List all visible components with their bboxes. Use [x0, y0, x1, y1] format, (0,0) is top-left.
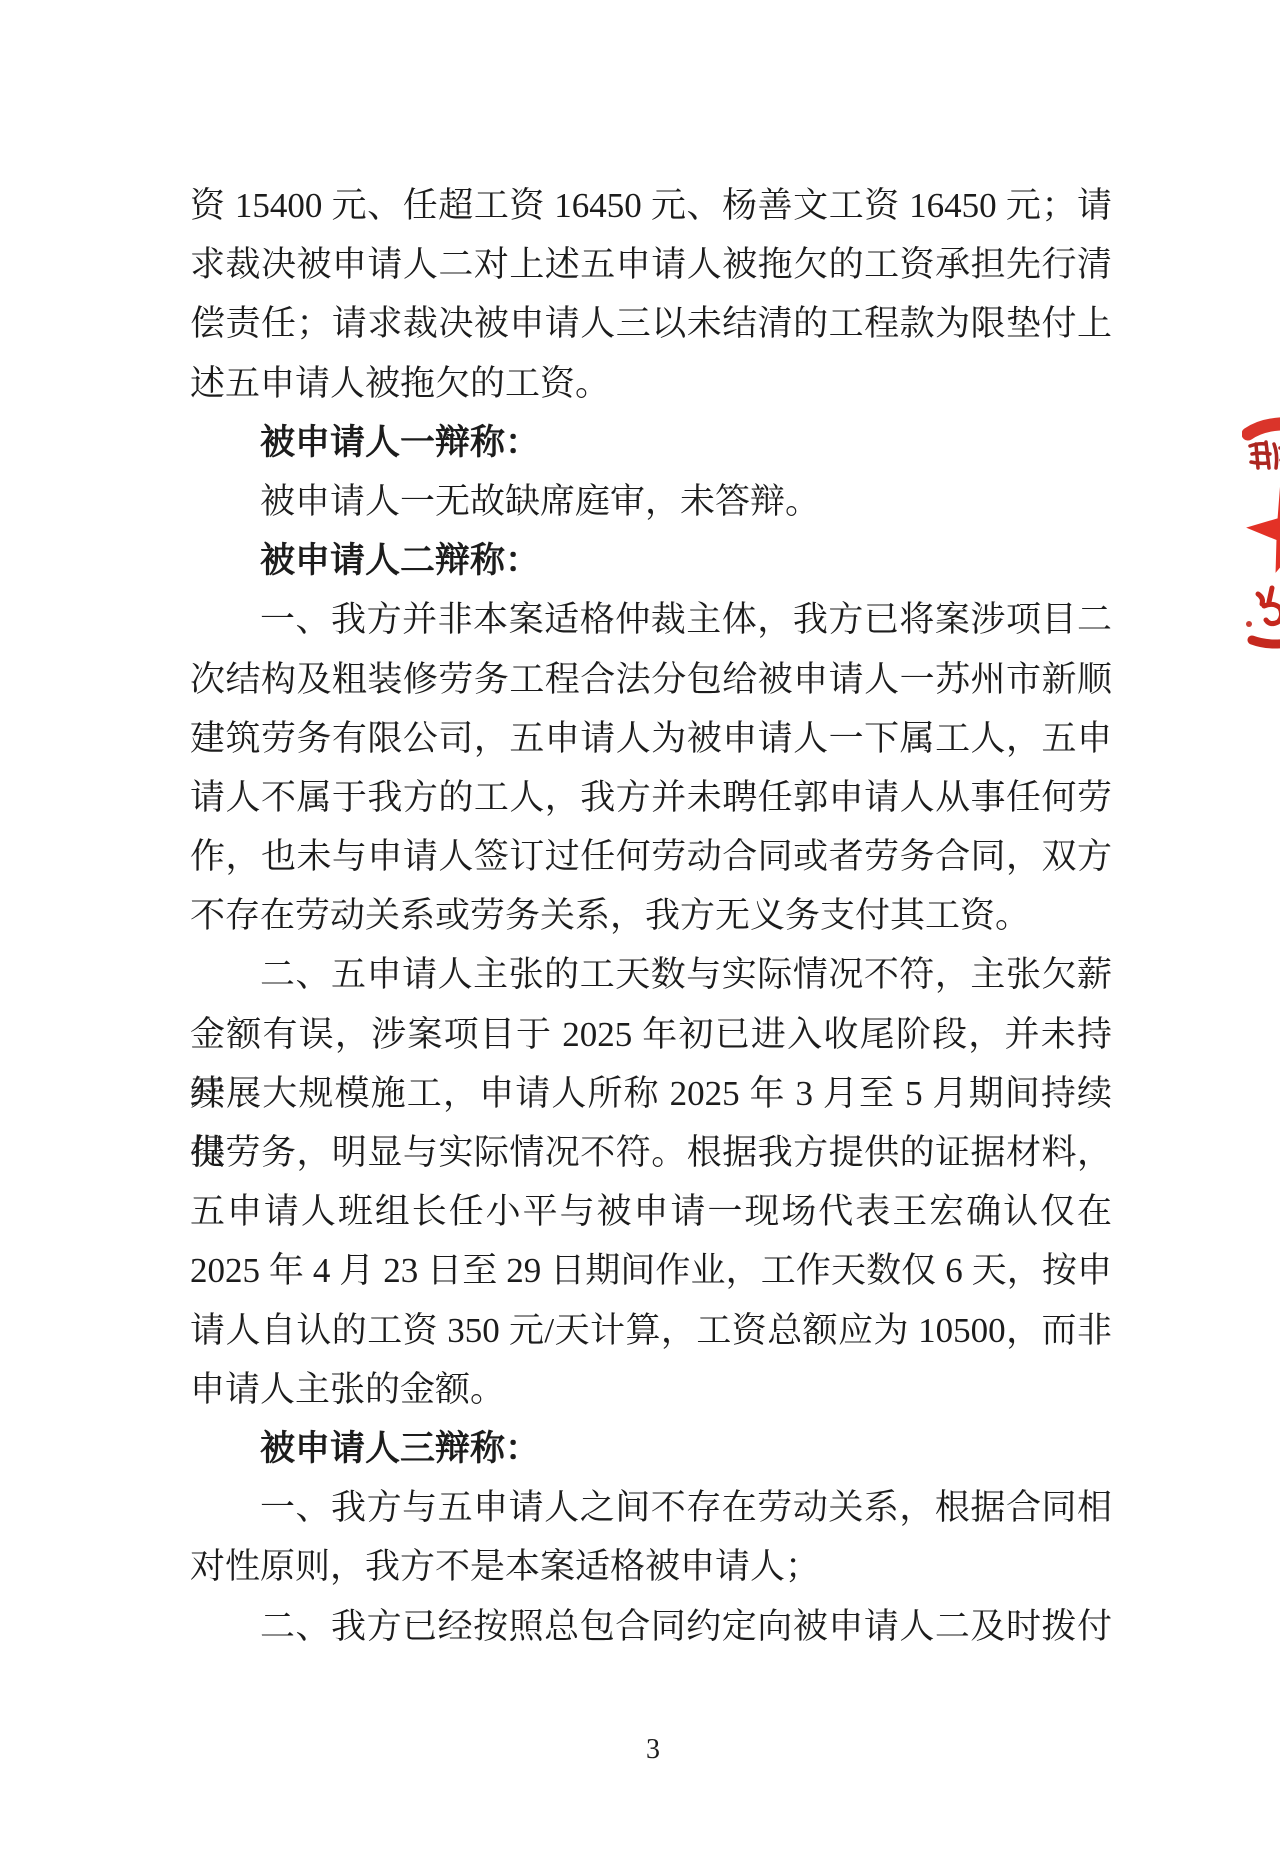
- document-page: 资 15400 元、任超工资 16450 元、杨善文工资 16450 元；请 求…: [0, 0, 1280, 1859]
- text-line: 作，也未与申请人签订过任何劳动合同或者劳务合同，双方: [190, 827, 1112, 886]
- text-line: 2025 年 4 月 23 日至 29 日期间作业，工作天数仅 6 天，按申: [190, 1241, 1112, 1300]
- text-line: 一、我方与五申请人之间不存在劳动关系，根据合同相: [190, 1478, 1112, 1537]
- text-line: 建筑劳务有限公司，五申请人为被申请人一下属工人，五申: [190, 709, 1112, 768]
- text-line: 请人不属于我方的工人，我方并未聘任郭申请人从事任何劳: [190, 768, 1112, 827]
- text-line: 申请人主张的金额。: [190, 1360, 1112, 1419]
- document-body: 资 15400 元、任超工资 16450 元、杨善文工资 16450 元；请 求…: [190, 176, 1112, 1656]
- text-line: 求裁决被申请人二对上述五申请人被拖欠的工资承担先行清: [190, 235, 1112, 294]
- seal-ring-arc: [1248, 424, 1280, 434]
- text-line: 述五申请人被拖欠的工资。: [190, 354, 1112, 413]
- text-line: 资 15400 元、任超工资 16450 元、杨善文工资 16450 元；请: [190, 176, 1112, 235]
- text-line: 供劳务，明显与实际情况不符。根据我方提供的证据材料，: [190, 1123, 1112, 1182]
- text-line: 二、五申请人主张的工天数与实际情况不符，主张欠薪: [190, 945, 1112, 1004]
- text-line: 对性原则，我方不是本案适格被申请人；: [190, 1537, 1112, 1596]
- page-number: 3: [0, 1730, 1280, 1770]
- text-line: 一、我方并非本案适格仲裁主体，我方已将案涉项目二: [190, 590, 1112, 649]
- text-line: 五申请人班组长任小平与被申请一现场代表王宏确认仅在: [190, 1182, 1112, 1241]
- text-line: 不存在劳动关系或劳务关系，我方无义务支付其工资。: [190, 886, 1112, 945]
- seal-text-fragment: [1252, 588, 1280, 644]
- text-line: 次结构及粗装修劳务工程合法分包给被申请人一苏州市新顺: [190, 650, 1112, 709]
- section-heading: 被申请人二辩称：: [190, 531, 1112, 590]
- seal-ink-speck: [1246, 621, 1252, 627]
- section-heading: 被申请人三辩称：: [190, 1419, 1112, 1478]
- section-heading: 被申请人一辩称：: [190, 413, 1112, 472]
- text-line: 请人自认的工资 350 元/天计算，工资总额应为 10500，而非: [190, 1301, 1112, 1360]
- official-seal-fragment: [1242, 414, 1280, 654]
- text-line: 二、我方已经按照总包合同约定向被申请人二及时拨付: [190, 1597, 1112, 1656]
- text-line: 偿责任；请求裁决被申请人三以未结清的工程款为限垫付上: [190, 294, 1112, 353]
- seal-text-fragment: [1250, 440, 1280, 470]
- text-line: 被申请人一无故缺席庭审，未答辩。: [190, 472, 1112, 531]
- text-line: 金额有误，涉案项目于 2025 年初已进入收尾阶段，并未持续: [190, 1005, 1112, 1064]
- text-line: 开展大规模施工，申请人所称 2025 年 3 月至 5 月期间持续提: [190, 1064, 1112, 1123]
- seal-star-icon: [1242, 474, 1280, 577]
